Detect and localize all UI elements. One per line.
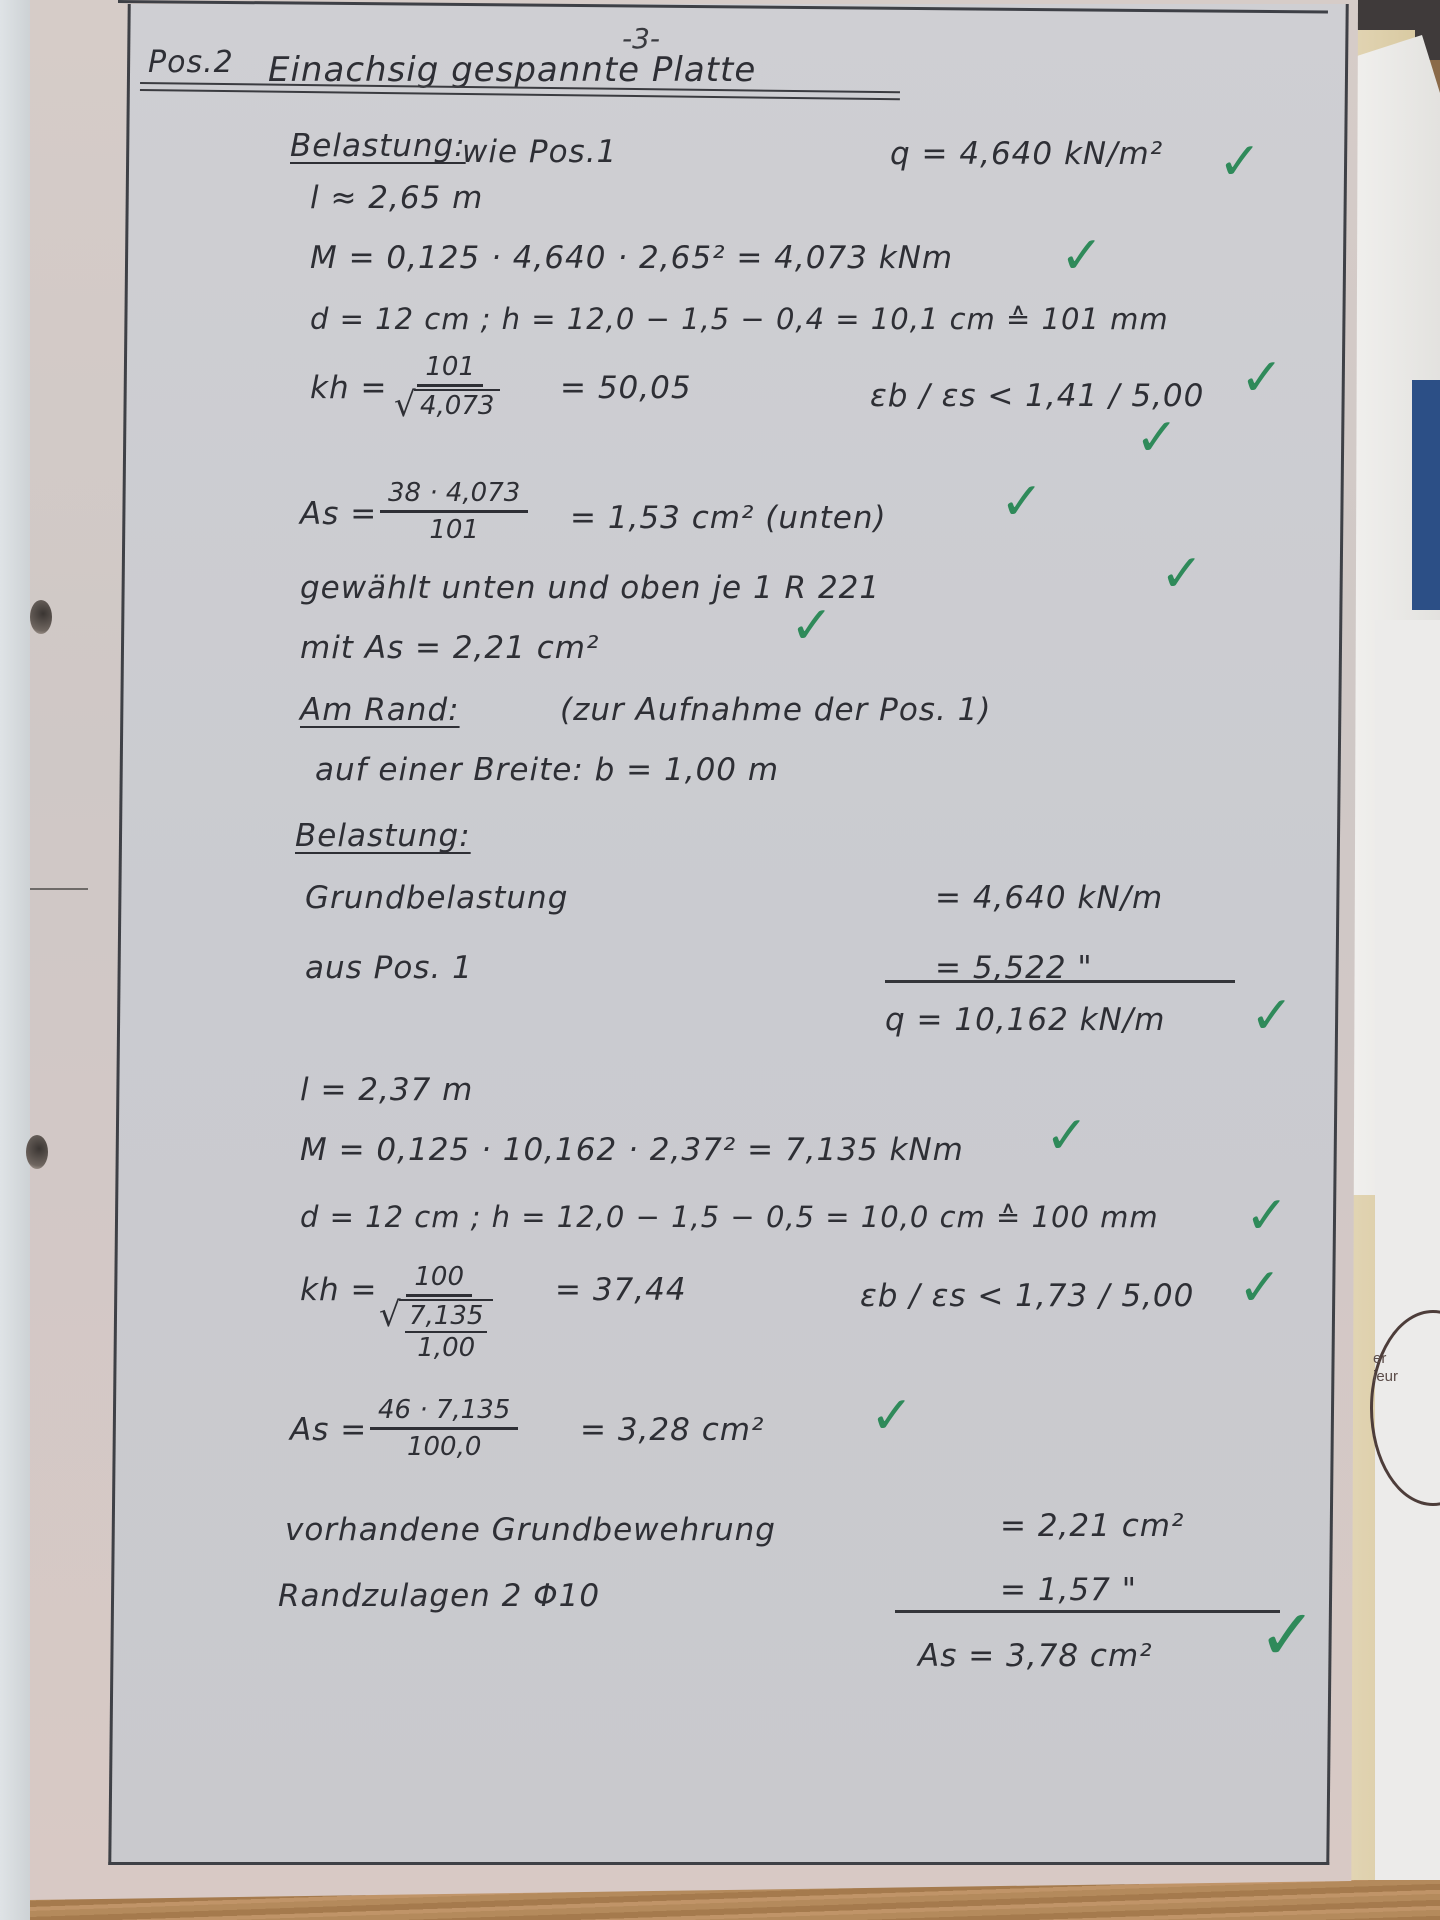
load-heading-2: Belastung: — [295, 818, 471, 854]
check-mark-icon: ✓ — [1160, 548, 1204, 600]
sticker-text: er ieur — [1373, 1350, 1398, 1386]
punch-hole — [26, 1135, 48, 1169]
depth-calculation: d = 12 cm ; h = 12,0 − 1,5 − 0,4 = 10,1 … — [310, 302, 1169, 336]
punch-hole — [30, 600, 52, 634]
as-result: = 1,53 cm² (unten) — [570, 500, 887, 536]
sum-rule — [895, 1610, 1280, 1613]
width-note: auf einer Breite: b = 1,00 m — [315, 752, 779, 788]
load-value: q = 4,640 kN/m² — [890, 136, 1163, 172]
chosen-area: mit As = 2,21 cm² — [300, 630, 599, 666]
check-mark-icon: ✓ — [1000, 476, 1044, 528]
check-mark-icon: ✓ — [1250, 990, 1294, 1042]
blue-folder-tab — [1412, 380, 1440, 610]
moment-calculation-2: M = 0,125 · 10,162 · 2,37² = 7,135 kNm — [300, 1132, 964, 1168]
kh-result-2: = 37,44 — [555, 1272, 687, 1308]
kh-label: kh = — [310, 370, 387, 406]
as-label: As = — [300, 496, 377, 532]
fold-mark — [30, 888, 88, 890]
load-total: q = 10,162 kN/m — [885, 1002, 1165, 1038]
as-fraction: 38 · 4,073 101 — [380, 478, 528, 545]
sum-rule — [885, 980, 1235, 983]
check-mark-icon: ✓ — [790, 600, 834, 652]
background-paper-stack-lower — [1375, 620, 1440, 1880]
check-mark-icon: ✓ — [1135, 412, 1179, 464]
position-label: Pos.2 — [148, 45, 234, 80]
as-label-2: As = — [290, 1412, 367, 1448]
check-mark-icon: ✓ — [1240, 352, 1284, 404]
load-item-label: aus Pos. 1 — [305, 950, 473, 986]
check-mark-icon: ✓ — [1245, 1190, 1289, 1242]
span-length: l ≈ 2,65 m — [310, 180, 483, 216]
check-mark-icon: ✓ — [1238, 1262, 1282, 1314]
moment-calculation: M = 0,125 · 4,640 · 2,65² = 4,073 kNm — [310, 240, 953, 276]
binder-edge — [0, 0, 30, 1920]
edge-heading: Am Rand: — [300, 692, 460, 728]
load-item-value: = 4,640 kN/m — [935, 880, 1163, 916]
load-reference: wie Pos.1 — [462, 134, 617, 170]
reinforcement-total: As = 3,78 cm² — [918, 1638, 1153, 1674]
check-mark-icon: ✓ — [1045, 1110, 1089, 1162]
load-item-label: Grundbelastung — [305, 880, 568, 916]
kh-fraction-2: 100 7,135 1,00 — [385, 1262, 493, 1363]
span-length-2: l = 2,37 m — [300, 1072, 473, 1108]
kh-result: = 50,05 — [560, 370, 692, 406]
check-mark-icon: ✓ — [870, 1390, 914, 1442]
check-mark-icon: ✓ — [1060, 230, 1104, 282]
reinforcement-label: Randzulagen 2 Φ10 — [278, 1578, 600, 1614]
as-result-2: = 3,28 cm² — [580, 1412, 764, 1448]
reinforcement-label: vorhandene Grundbewehrung — [285, 1512, 776, 1548]
kh-label-2: kh = — [300, 1272, 377, 1308]
check-mark-icon: ✓ — [1258, 1600, 1317, 1670]
check-mark-icon: ✓ — [1218, 136, 1262, 188]
edge-note: (zur Aufnahme der Pos. 1) — [560, 692, 991, 728]
kh-fraction: 101 4,073 — [400, 352, 500, 421]
load-heading: Belastung: — [290, 128, 466, 164]
strain-ratio-2: εb / εs < 1,73 / 5,00 — [860, 1278, 1194, 1314]
reinforcement-value: = 1,57 " — [1000, 1572, 1137, 1608]
depth-calculation-2: d = 12 cm ; h = 12,0 − 1,5 − 0,5 = 10,0 … — [300, 1200, 1159, 1234]
as-fraction-2: 46 · 7,135 100,0 — [370, 1395, 518, 1462]
reinforcement-value: = 2,21 cm² — [1000, 1508, 1184, 1544]
